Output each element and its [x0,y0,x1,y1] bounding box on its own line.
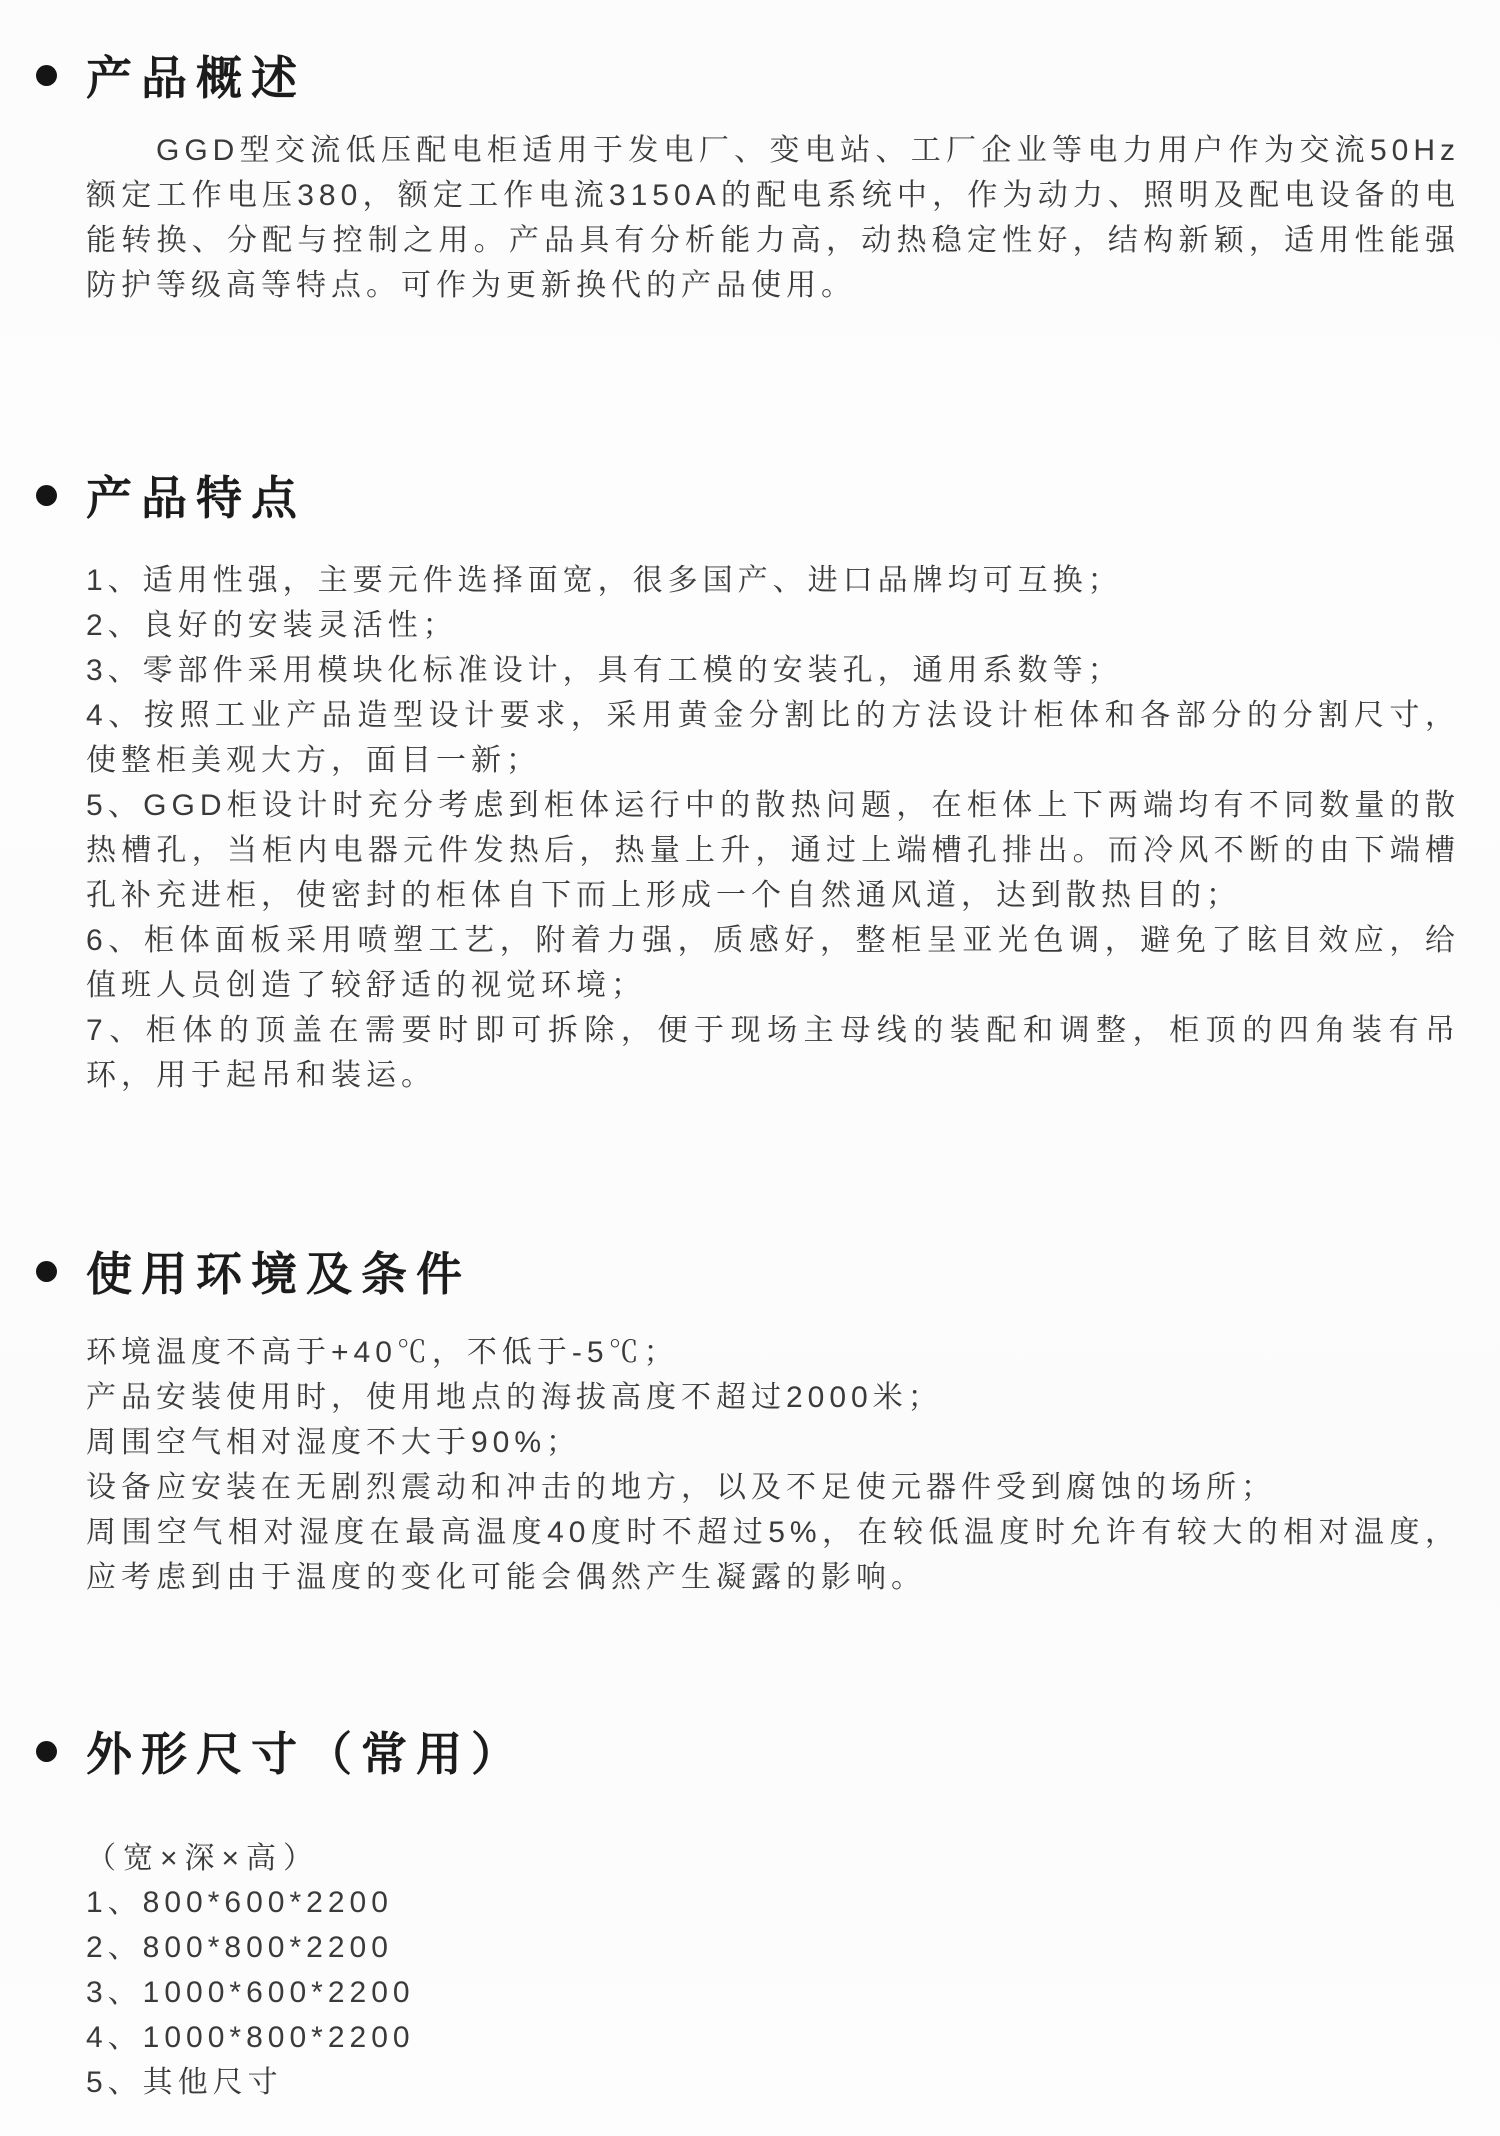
section-dimensions-title: 外形尺寸（常用） [86,1718,526,1784]
section-features-heading: 产品特点 [36,462,306,528]
dimensions-note: （宽×深×高） [86,1836,1460,1881]
feature-item: 5、GGD柜设计时充分考虑到柜体运行中的散热问题，在柜体上下两端均有不同数量的散… [86,783,1460,918]
dimension-item: 3、1000*600*2200 [86,1970,1460,2015]
feature-item: 6、柜体面板采用喷塑工艺，附着力强，质感好，整柜呈亚光色调，避免了眩目效应，给值… [86,918,1460,1008]
dimensions-list: 1、800*600*2200 2、800*800*2200 3、1000*600… [86,1880,1460,2105]
dimension-item: 1、800*600*2200 [86,1880,1460,1925]
section-overview-title: 产品概述 [86,42,306,108]
section-features-title: 产品特点 [86,462,306,528]
overview-paragraph: GGD型交流低压配电柜适用于发电厂、变电站、工厂企业等电力用户作为交流50Hz额… [86,128,1460,308]
feature-item: 7、柜体的顶盖在需要时即可拆除，便于现场主母线的装配和调整，柜顶的四角装有吊环，… [86,1008,1460,1098]
bullet-icon [36,1741,57,1762]
dimension-item: 2、800*800*2200 [86,1925,1460,1970]
bullet-icon [36,485,57,506]
environment-item: 周围空气相对湿度不大于90%； [86,1420,1460,1465]
product-manual-page: 产品概述 GGD型交流低压配电柜适用于发电厂、变电站、工厂企业等电力用户作为交流… [0,0,1500,2136]
feature-item: 2、良好的安装灵活性； [86,603,1460,648]
environment-item: 产品安装使用时，使用地点的海拔高度不超过2000米； [86,1375,1460,1420]
feature-item: 1、适用性强，主要元件选择面宽，很多国产、进口品牌均可互换； [86,558,1460,603]
bullet-icon [36,1261,57,1282]
environment-item: 设备应安装在无剧烈震动和冲击的地方，以及不足使元器件受到腐蚀的场所； [86,1465,1460,1510]
features-list: 1、适用性强，主要元件选择面宽，很多国产、进口品牌均可互换； 2、良好的安装灵活… [86,558,1460,1098]
section-environment-heading: 使用环境及条件 [36,1238,471,1304]
dimension-item: 4、1000*800*2200 [86,2015,1460,2060]
environment-item: 环境温度不高于+40℃，不低于-5℃； [86,1330,1460,1375]
environment-list: 环境温度不高于+40℃，不低于-5℃； 产品安装使用时，使用地点的海拔高度不超过… [86,1330,1460,1600]
bullet-icon [36,65,57,86]
dimension-item: 5、其他尺寸 [86,2060,1460,2105]
section-dimensions-heading: 外形尺寸（常用） [36,1718,526,1784]
feature-item: 3、零部件采用模块化标准设计，具有工模的安装孔，通用系数等； [86,648,1460,693]
section-overview-heading: 产品概述 [36,42,306,108]
environment-item: 周围空气相对湿度在最高温度40度时不超过5%，在较低温度时允许有较大的相对温度，… [86,1510,1460,1600]
section-environment-title: 使用环境及条件 [86,1238,471,1304]
feature-item: 4、按照工业产品造型设计要求，采用黄金分割比的方法设计柜体和各部分的分割尺寸，使… [86,693,1460,783]
